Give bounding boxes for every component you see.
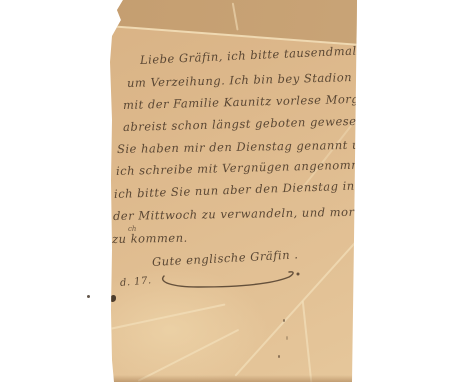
handwritten-line-2: um Verzeihung. Ich bin bey Stadion <box>127 70 352 90</box>
insertion-mark: ch <box>128 225 136 233</box>
letter-photo: Liebe Gräfin, ich bitte tausendmal um Ve… <box>0 0 468 382</box>
handwritten-line-4: abreist schon längst geboten gewesen; <box>123 114 369 134</box>
handwritten-line-1: Liebe Gräfin, ich bitte tausendmal <box>140 44 357 67</box>
handwritten-line-5: Sie haben mir den Dienstag genannt und <box>117 137 376 156</box>
closing-line: Gute englische Gräfin . <box>152 247 299 269</box>
handwritten-line-8: der Mittwoch zu verwandeln, und morgen <box>113 204 378 223</box>
ink-speck <box>87 295 90 298</box>
handwritten-line-7: ich bitte Sie nun aber den Dienstag in <box>114 179 355 201</box>
signature-flourish <box>158 270 303 292</box>
paper-sheet: Liebe Gräfin, ich bitte tausendmal um Ve… <box>0 0 468 382</box>
letter-text: Liebe Gräfin, ich bitte tausendmal um Ve… <box>0 0 468 382</box>
date-note: d. 17. <box>120 275 153 289</box>
handwritten-line-6: ich schreibe mit Vergnügen angenommen; <box>116 157 382 178</box>
handwritten-line-9: zu kommen. <box>112 231 188 246</box>
handwritten-line-3: mit der Familie Kaunitz vorlese Morgen <box>123 91 375 112</box>
